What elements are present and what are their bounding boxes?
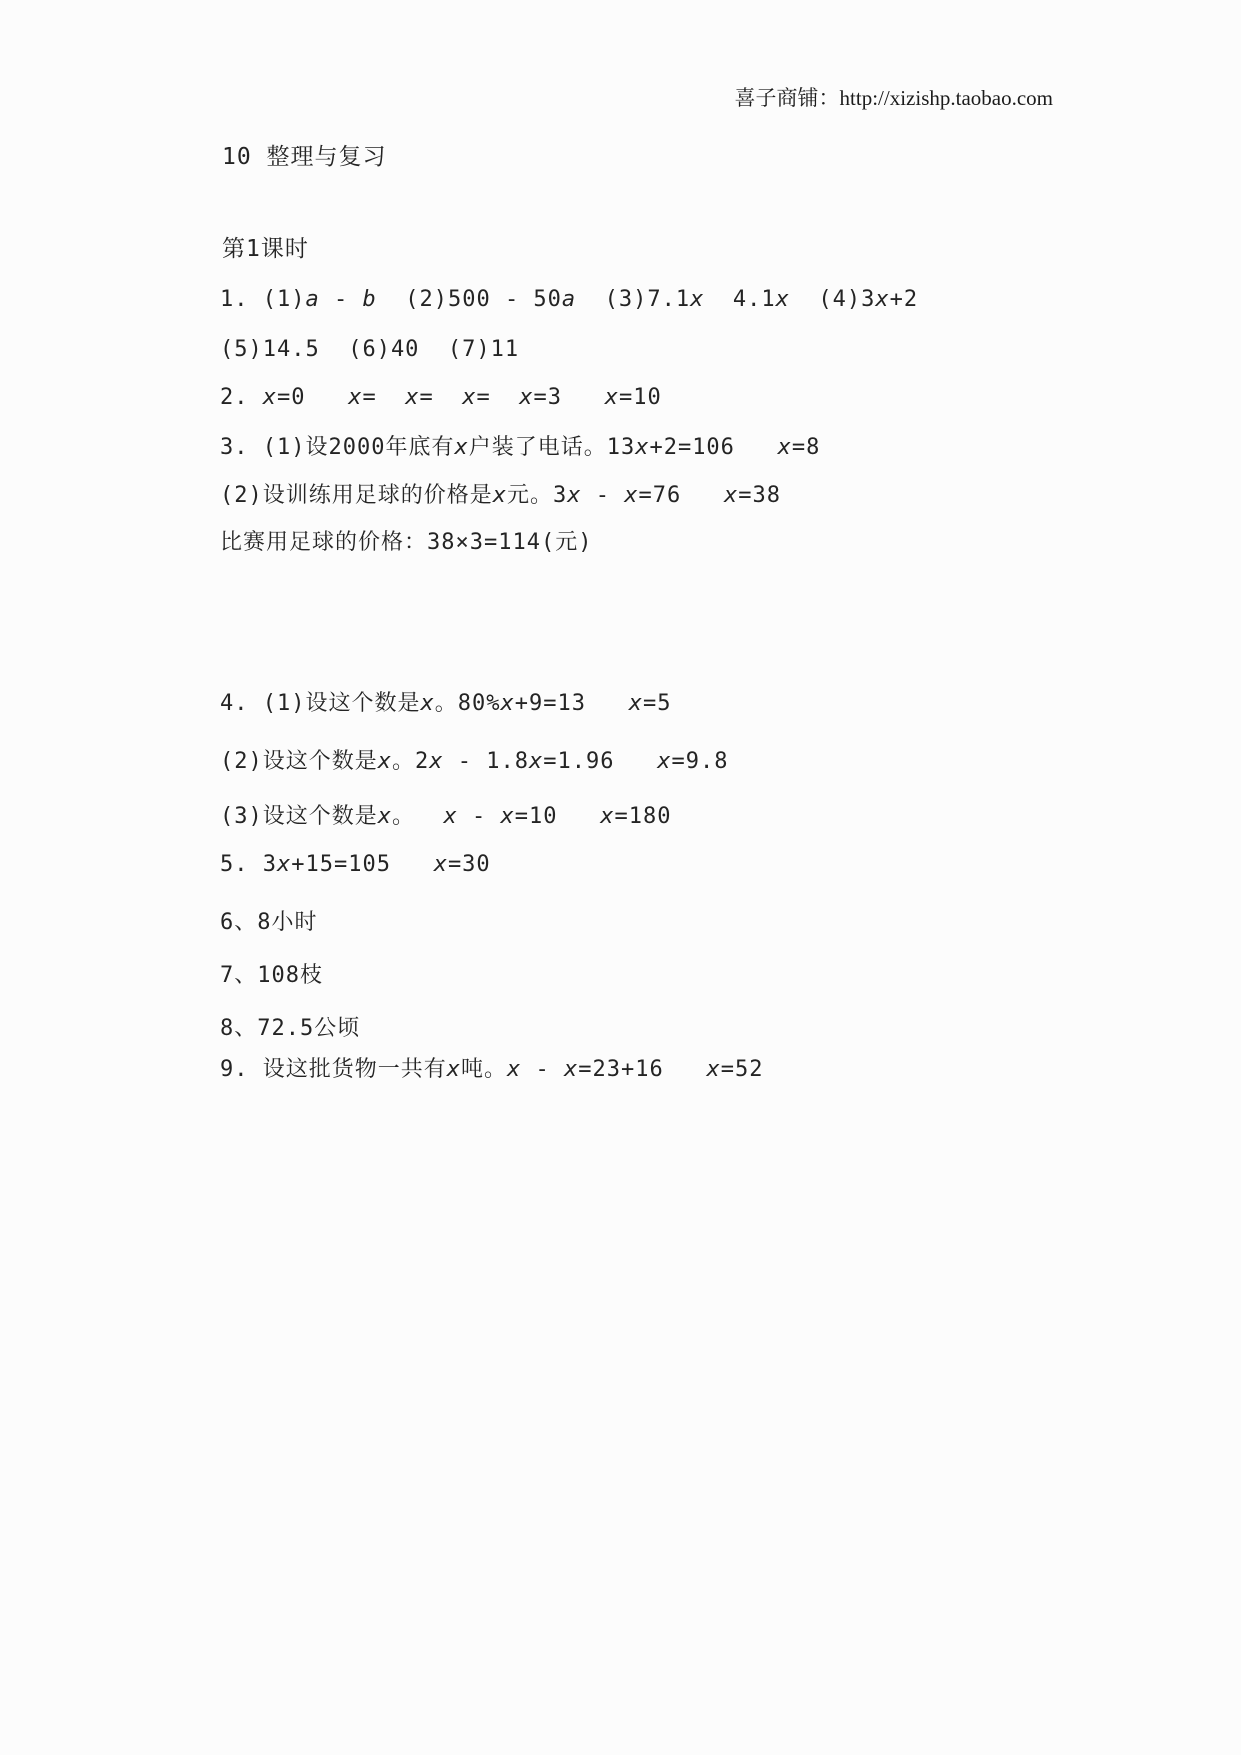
answer-text: 吨。	[461, 1057, 507, 1082]
variable: x	[277, 852, 291, 877]
answer-line: 6、8小时	[220, 905, 318, 936]
answer-text: +9=13	[515, 691, 629, 716]
answer-text: 比赛用足球的价格：38×3=114(元)	[220, 530, 592, 555]
answer-text: 。	[392, 804, 444, 829]
answer-text: 5. 3	[220, 852, 277, 877]
page-title: 10 整理与复习	[222, 138, 387, 171]
answer-text: =3	[533, 385, 604, 410]
answer-text: =180	[614, 804, 671, 829]
variable: x	[564, 1057, 578, 1082]
answer-text: =10	[515, 804, 600, 829]
answer-line: 9. 设这批货物一共有x吨。x - x=23+16 x=52	[220, 1052, 763, 1083]
answer-text: +2	[890, 287, 919, 312]
variable: x	[462, 385, 476, 410]
answer-text: 6、8小时	[220, 910, 318, 935]
answer-text: -	[582, 483, 625, 508]
answer-text: 7、108枝	[220, 963, 323, 988]
answer-line: (2)设这个数是x。2x - 1.8x=1.96 x=9.8	[220, 744, 728, 775]
variable: x	[493, 483, 507, 508]
variable: x	[507, 1057, 521, 1082]
answer-text: - 1.8	[444, 749, 529, 774]
answer-text: =23+16	[578, 1057, 706, 1082]
variable: x	[724, 483, 738, 508]
variable: x	[447, 1057, 461, 1082]
answer-line: 1. (1)a - b (2)500 - 50a (3)7.1x 4.1x (4…	[220, 287, 918, 312]
variable: x	[706, 1057, 720, 1082]
answer-line: 比赛用足球的价格：38×3=114(元)	[220, 525, 592, 556]
variable: b	[362, 287, 376, 312]
answer-text: 4.1	[704, 287, 775, 312]
answer-line: (5)14.5 (6)40 (7)11	[220, 337, 519, 362]
answer-text: =0	[277, 385, 348, 410]
answer-text: 2.	[220, 385, 263, 410]
shop-watermark: 喜子商铺：http://xizishp.taobao.com	[735, 82, 1053, 112]
answer-text: =	[419, 385, 462, 410]
answer-line: (3)设这个数是x。 x - x=10 x=180	[220, 799, 671, 830]
variable: x	[776, 287, 790, 312]
answer-text: =10	[619, 385, 662, 410]
variable: x	[454, 435, 468, 460]
variable: x	[420, 691, 434, 716]
variable: x	[434, 852, 448, 877]
answer-line: 2. x=0 x= x= x= x=3 x=10	[220, 385, 662, 410]
answer-line: 5. 3x+15=105 x=30	[220, 852, 491, 877]
answer-text: =5	[643, 691, 672, 716]
variable: x	[429, 749, 443, 774]
variable: x	[501, 804, 515, 829]
answer-text: =9.8	[671, 749, 728, 774]
answer-text: =30	[448, 852, 491, 877]
answer-text: =1.96	[543, 749, 657, 774]
answer-text: 元。3	[507, 483, 567, 508]
answer-text: 3. (1)设2000年底有	[220, 435, 454, 460]
answer-line: 7、108枝	[220, 958, 323, 989]
answer-text: (4)3	[790, 287, 875, 312]
answer-line: 4. (1)设这个数是x。80%x+9=13 x=5	[220, 686, 671, 717]
answer-text: 1. (1)	[220, 287, 305, 312]
variable: x	[500, 691, 514, 716]
variable: x	[629, 691, 643, 716]
answer-text: (2)设这个数是	[220, 749, 378, 774]
answer-text: (3)设这个数是	[220, 804, 378, 829]
answer-text: 。80%	[435, 691, 501, 716]
document-page: 喜子商铺：http://xizishp.taobao.com 10 整理与复习 …	[0, 0, 1241, 1755]
answer-text: (5)14.5 (6)40 (7)11	[220, 337, 519, 362]
variable: x	[378, 749, 392, 774]
answer-text: =8	[792, 435, 821, 460]
answer-text: (3)7.1	[576, 287, 690, 312]
answer-text: -	[458, 804, 501, 829]
answer-text: 4. (1)设这个数是	[220, 691, 420, 716]
answer-text: -	[521, 1057, 564, 1082]
variable: x	[519, 385, 533, 410]
variable: x	[657, 749, 671, 774]
variable: x	[875, 287, 889, 312]
answer-text: 8、72.5公顷	[220, 1016, 360, 1041]
answer-line: 3. (1)设2000年底有x户装了电话。13x+2=106 x=8	[220, 430, 820, 461]
variable: x	[605, 385, 619, 410]
answer-line: 8、72.5公顷	[220, 1011, 360, 1042]
answer-text: (2)500 - 50	[377, 287, 562, 312]
answer-line: (2)设训练用足球的价格是x元。3x - x=76 x=38	[220, 478, 781, 509]
variable: x	[263, 385, 277, 410]
variable: x	[444, 804, 458, 829]
answer-text: -	[320, 287, 363, 312]
variable: x	[567, 483, 581, 508]
variable: x	[405, 385, 419, 410]
variable: x	[600, 804, 614, 829]
variable: x	[690, 287, 704, 312]
answer-text: +15=105	[291, 852, 433, 877]
variable: x	[348, 385, 362, 410]
answer-text: =52	[721, 1057, 764, 1082]
variable: a	[305, 287, 319, 312]
answer-text: 9. 设这批货物一共有	[220, 1057, 447, 1082]
answer-text: 户装了电话。13	[469, 435, 636, 460]
variable: x	[378, 804, 392, 829]
answer-text: =	[362, 385, 405, 410]
variable: x	[635, 435, 649, 460]
answer-text: (2)设训练用足球的价格是	[220, 483, 493, 508]
variable: x	[529, 749, 543, 774]
variable: x	[624, 483, 638, 508]
section-heading: 第1课时	[222, 230, 309, 263]
answer-text: 。2	[392, 749, 429, 774]
answer-text: =	[476, 385, 519, 410]
answer-text: =76	[639, 483, 724, 508]
variable: x	[778, 435, 792, 460]
answer-text: +2=106	[649, 435, 777, 460]
answer-text: =38	[738, 483, 781, 508]
variable: a	[562, 287, 576, 312]
